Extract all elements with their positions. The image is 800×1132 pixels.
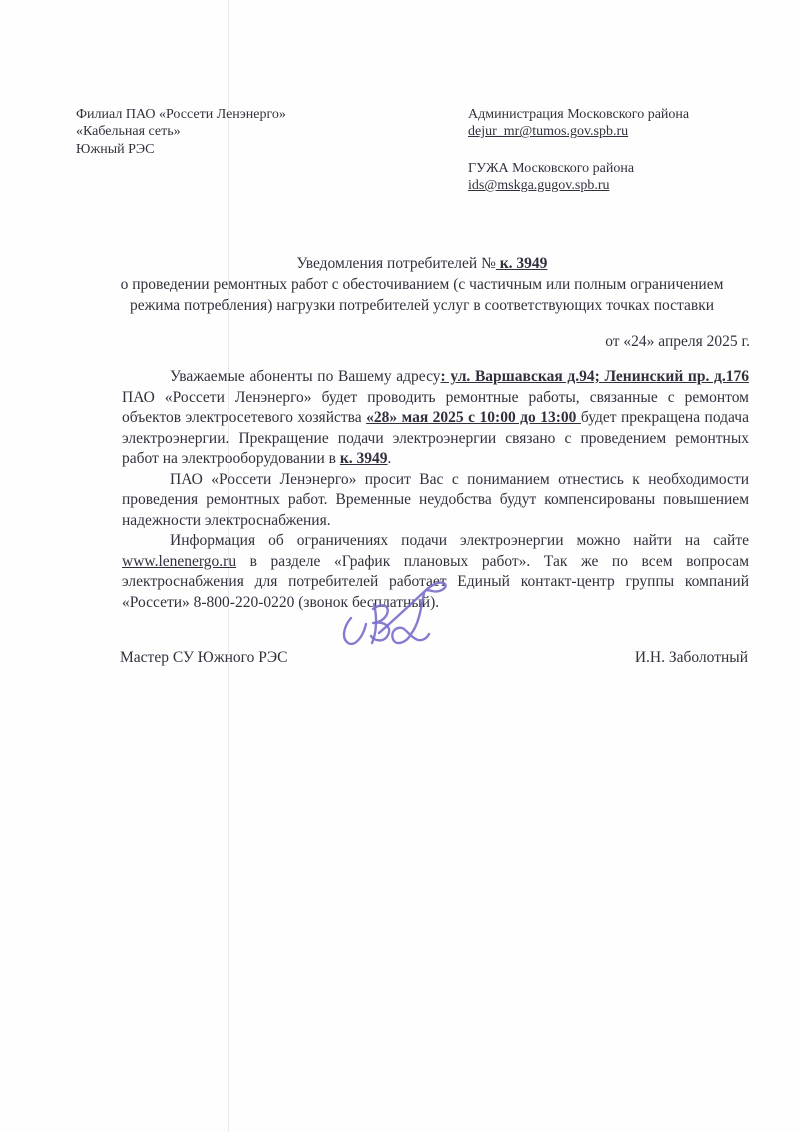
title-block: Уведомления потребителей № к. 3949 о про… [88,253,756,316]
sender-line-2: «Кабельная сеть» [76,123,286,140]
signer-name: И.Н. Заболотный [635,649,748,667]
signature-row: Мастер СУ Южного РЭС И.Н. Заболотный [120,649,748,667]
paragraph-outage-notice: Уважаемые абоненты по Вашему адресу: ул.… [122,367,749,470]
document-date: от «24» апреля 2025 г. [605,333,750,351]
substation-ref-highlight: к. 3949 [340,450,388,467]
signer-position: Мастер СУ Южного РЭС [120,649,287,667]
paragraph-text: Информация об ограничениях подачи электр… [170,532,749,549]
subtitle-line-2: режима потребления) нагрузки потребителе… [88,295,756,316]
document-title: Уведомления потребителей № к. 3949 [88,253,756,274]
sender-block: Филиал ПАО «Россети Ленэнерго» «Кабельна… [76,106,286,158]
recipient-2-email: ids@mskga.gugov.spb.ru [468,177,689,194]
scanned-letter-page: Филиал ПАО «Россети Ленэнерго» «Кабельна… [0,0,800,1132]
recipient-1: Администрация Московского района dejur_m… [468,106,689,141]
notification-number: к. 3949 [496,255,548,272]
paragraph-text: Уважаемые абоненты по Вашему адресу [170,368,441,385]
paragraph-text: . [388,450,392,467]
recipient-2: ГУЖА Московского района ids@mskga.gugov.… [468,160,689,195]
recipient-1-email: dejur_mr@tumos.gov.spb.ru [468,123,689,140]
recipients-block: Администрация Московского района dejur_m… [468,106,689,194]
sender-line-3: Южный РЭС [76,141,286,158]
sender-line-1: Филиал ПАО «Россети Ленэнерго» [76,106,286,123]
address-highlight: : ул. Варшавская д.94; Ленинский пр. д.1… [441,368,750,385]
signature-stroke-c [344,618,366,644]
paragraph-apology: ПАО «Россети Ленэнерго» просит Вас с пон… [122,470,749,532]
title-text: Уведомления потребителей № [297,255,496,272]
subtitle-line-1: о проведении ремонтных работ с обесточив… [88,274,756,295]
website-link: www.lenenergo.ru [122,553,236,570]
recipient-1-name: Администрация Московского района [468,106,689,123]
outage-datetime-highlight: «28» мая 2025 с 10:00 до 13:00 [366,409,581,426]
recipient-2-name: ГУЖА Московского района [468,160,689,177]
